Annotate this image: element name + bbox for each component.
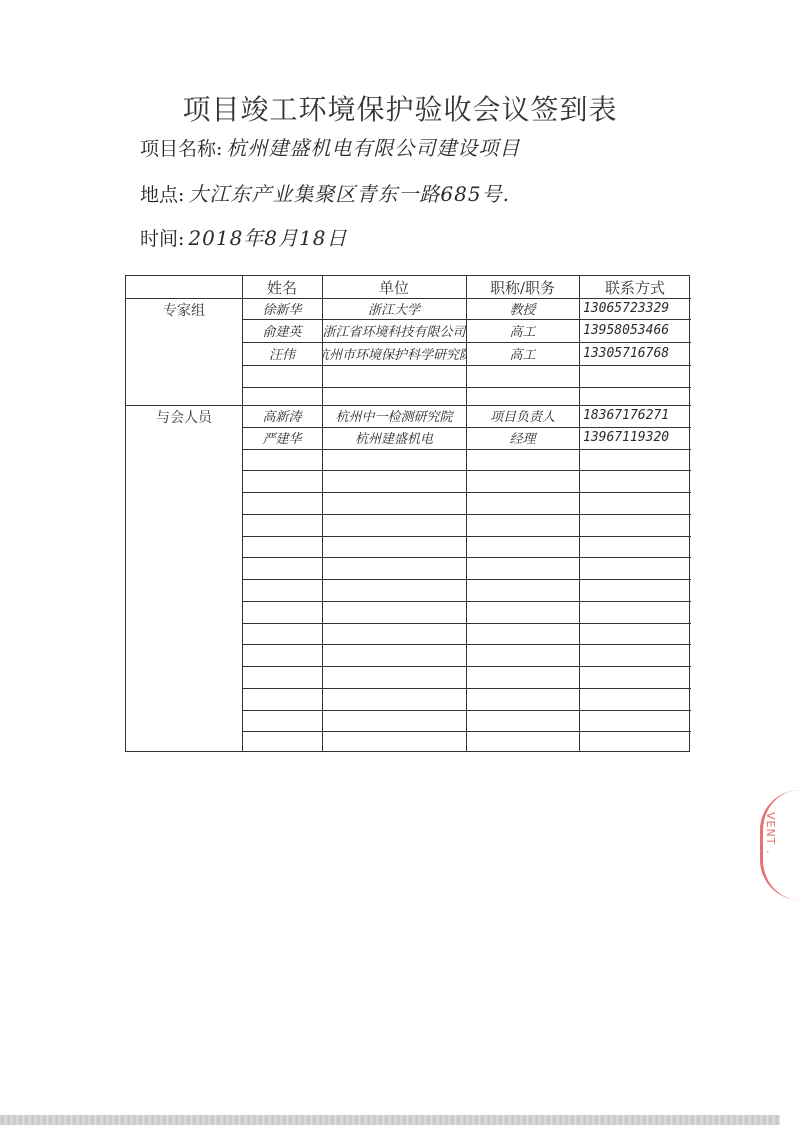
- project-name-value: 杭州建盛机电有限公司建设项目: [226, 136, 520, 160]
- table-cell-unit: [322, 731, 466, 753]
- table-cell-name: [242, 688, 322, 710]
- table-cell-unit: [322, 492, 466, 514]
- table-cell-name: 徐新华: [242, 298, 322, 319]
- table-cell-title: [466, 514, 579, 536]
- table-cell-unit: 杭州建盛机电: [322, 427, 466, 449]
- table-cell-contact: [579, 514, 691, 536]
- table-cell-title: [466, 492, 579, 514]
- table-cell-unit: [322, 387, 466, 405]
- table-cell-name: [242, 644, 322, 666]
- table-cell-name: [242, 601, 322, 623]
- table-cell-contact: 13065723329: [579, 298, 691, 319]
- table-cell-contact: [579, 579, 691, 601]
- table-cell-contact: [579, 666, 691, 688]
- table-cell-unit: [322, 470, 466, 492]
- table-cell-name: [242, 365, 322, 387]
- table-cell-unit: [322, 514, 466, 536]
- table-cell-name: [242, 514, 322, 536]
- place-label: 地点:: [140, 184, 184, 206]
- table-header-cell: 姓名: [242, 276, 322, 298]
- table-cell-title: [466, 536, 579, 558]
- table-cell-unit: 浙江省环境科技有限公司: [322, 319, 466, 342]
- table-cell-title: 经理: [466, 427, 579, 449]
- table-cell-title: [466, 666, 579, 688]
- table-cell-title: [466, 710, 579, 732]
- table-cell-contact: [579, 623, 691, 645]
- table-cell-title: [466, 688, 579, 710]
- table-cell-title: 教授: [466, 298, 579, 319]
- project-name-label: 项目名称:: [140, 138, 222, 160]
- table-cell-unit: [322, 365, 466, 387]
- table-cell-contact: [579, 470, 691, 492]
- table-cell-name: 高新涛: [242, 405, 322, 427]
- table-cell-name: [242, 536, 322, 558]
- table-cell-title: [466, 623, 579, 645]
- table-cell-name: [242, 623, 322, 645]
- table-cell-contact: 18367176271: [579, 405, 691, 427]
- table-cell-contact: [579, 601, 691, 623]
- table-cell-unit: [322, 579, 466, 601]
- scan-edge-shadow: [0, 1115, 780, 1125]
- table-cell-unit: [322, 644, 466, 666]
- table-cell-contact: [579, 449, 691, 471]
- table-cell-name: 俞建英: [242, 319, 322, 342]
- table-cell-unit: [322, 449, 466, 471]
- table-cell-unit: [322, 710, 466, 732]
- table-cell-title: [466, 557, 579, 579]
- table-cell-contact: 13967119320: [579, 427, 691, 449]
- table-cell-contact: [579, 365, 691, 387]
- table-cell-title: 高工: [466, 342, 579, 365]
- table-cell-unit: [322, 536, 466, 558]
- table-cell-name: [242, 579, 322, 601]
- table-cell-title: [466, 449, 579, 471]
- page-title: 项目竣工环境保护验收会议签到表: [0, 88, 800, 128]
- table-cell-name: 严建华: [242, 427, 322, 449]
- table-cell-contact: [579, 731, 691, 753]
- time-row: 时间:2018年8月18日: [140, 222, 347, 251]
- table-cell-name: [242, 387, 322, 405]
- table-cell-title: [466, 387, 579, 405]
- table-cell-unit: 浙江大学: [322, 298, 466, 319]
- sign-in-table: 姓名单位职称/职务联系方式徐新华浙江大学教授13065723329俞建英浙江省环…: [125, 275, 690, 752]
- table-cell-title: [466, 601, 579, 623]
- place-row: 地点:大江东产业集聚区青东一路685号.: [140, 178, 510, 207]
- stamp-text: VENT .: [764, 812, 777, 854]
- place-value: 大江东产业集聚区青东一路685号.: [188, 182, 510, 206]
- table-cell-name: [242, 731, 322, 753]
- table-header-cell: [126, 276, 242, 298]
- table-header-cell: 单位: [322, 276, 466, 298]
- table-cell-contact: [579, 387, 691, 405]
- group-label: 与会人员: [126, 405, 242, 753]
- table-cell-unit: [322, 688, 466, 710]
- project-name-row: 项目名称:杭州建盛机电有限公司建设项目: [140, 132, 520, 161]
- table-cell-unit: [322, 557, 466, 579]
- table-cell-contact: [579, 710, 691, 732]
- table-cell-unit: [322, 666, 466, 688]
- table-cell-name: [242, 666, 322, 688]
- table-cell-contact: [579, 688, 691, 710]
- table-cell-name: [242, 710, 322, 732]
- table-cell-title: [466, 365, 579, 387]
- table-cell-name: 汪伟: [242, 342, 322, 365]
- table-header-cell: 职称/职务: [466, 276, 579, 298]
- table-cell-contact: 13305716768: [579, 342, 691, 365]
- table-header-cell: 联系方式: [579, 276, 691, 298]
- table-cell-contact: [579, 557, 691, 579]
- table-cell-title: [466, 470, 579, 492]
- table-cell-title: [466, 644, 579, 666]
- time-value: 2018年8月18日: [188, 226, 347, 250]
- table-cell-name: [242, 492, 322, 514]
- table-cell-name: [242, 470, 322, 492]
- group-label: 专家组: [126, 298, 242, 405]
- table-cell-unit: 杭州中一检测研究院: [322, 405, 466, 427]
- table-cell-unit: [322, 623, 466, 645]
- table-cell-title: [466, 579, 579, 601]
- table-cell-contact: [579, 536, 691, 558]
- table-cell-title: 项目负责人: [466, 405, 579, 427]
- table-cell-name: [242, 557, 322, 579]
- table-cell-unit: 杭州市环境保护科学研究院: [322, 342, 466, 365]
- table-cell-title: 高工: [466, 319, 579, 342]
- table-cell-title: [466, 731, 579, 753]
- table-cell-contact: [579, 492, 691, 514]
- time-label: 时间:: [140, 228, 184, 250]
- table-cell-name: [242, 449, 322, 471]
- table-cell-contact: [579, 644, 691, 666]
- table-cell-contact: 13958053466: [579, 319, 691, 342]
- table-cell-unit: [322, 601, 466, 623]
